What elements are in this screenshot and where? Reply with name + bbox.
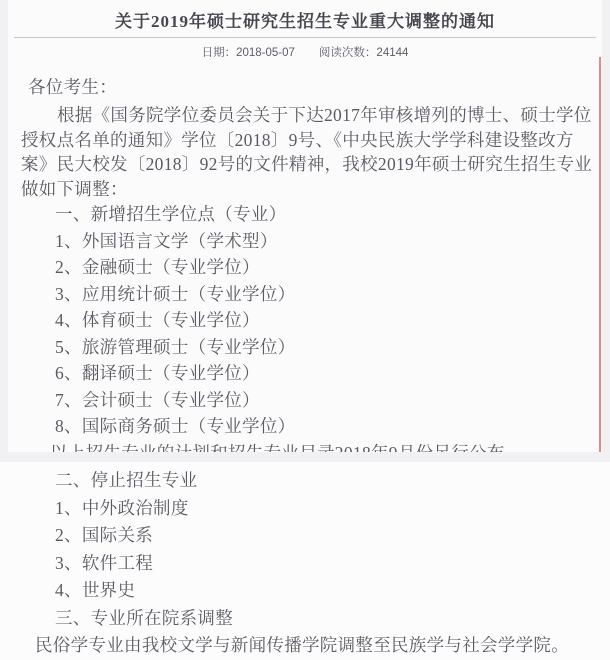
section1-note: 以上招生专业的计划和招生专业目录2018年9月份另行公布。	[50, 440, 602, 453]
section2-item: 2、国际关系	[55, 522, 610, 550]
section1-item: 8、国际商务硕士（专业学位）	[55, 413, 602, 440]
page-title: 关于2019年硕士研究生招生专业重大调整的通知	[8, 0, 602, 32]
section1-item: 7、会计硕士（专业学位）	[55, 387, 602, 414]
intro-paragraph: 根据《国务院学位委员会关于下达2017年审核增列的博士、硕士学位 授权点名单的通…	[8, 103, 602, 201]
section2-item: 1、中外政治制度	[55, 495, 610, 523]
date-label: 日期：	[202, 47, 237, 59]
date-value: 2018-05-07	[236, 47, 295, 59]
section3-heading: 三、专业所在院系调整	[55, 605, 610, 633]
section1-item: 6、翻译硕士（专业学位）	[55, 360, 602, 387]
section1-heading: 一、新增招生学位点（专业）	[55, 201, 602, 228]
notice-sheet-main: 关于2019年硕士研究生招生专业重大调整的通知 日期：2018-05-07阅读次…	[8, 0, 602, 452]
section2-heading: 二、停止招生专业	[55, 467, 610, 495]
views-value: 24144	[376, 47, 408, 59]
intro-line: 案》民大校发〔2018〕92号的文件精神，我校2019年硕士研究生招生专业	[21, 152, 602, 177]
intro-line: 根据《国务院学位委员会关于下达2017年审核增列的博士、硕士学位	[57, 103, 602, 128]
section1-item: 1、外国语言文学（学术型）	[55, 228, 602, 255]
section2-item: 3、软件工程	[55, 550, 610, 578]
notice-sheet-continued: 二、停止招生专业 1、中外政治制度 2、国际关系 3、软件工程 4、世界史 三、…	[0, 462, 610, 660]
title-divider	[14, 37, 596, 38]
section1-item: 3、应用统计硕士（专业学位）	[55, 281, 602, 308]
notice-body-bottom: 二、停止招生专业 1、中外政治制度 2、国际关系 3、软件工程 4、世界史 三、…	[0, 462, 610, 660]
section1-item: 2、金融硕士（专业学位）	[55, 254, 602, 281]
views-label: 阅读次数：	[319, 47, 377, 59]
salutation: 各位考生：	[28, 75, 602, 99]
intro-line: 做如下调整：	[21, 177, 602, 202]
notice-body-top: 各位考生： 根据《国务院学位委员会关于下达2017年审核增列的博士、硕士学位 授…	[8, 75, 602, 452]
red-marker-line	[599, 57, 601, 452]
notice-page: 关于2019年硕士研究生招生专业重大调整的通知 日期：2018-05-07阅读次…	[0, 0, 610, 660]
section2-item: 4、世界史	[55, 577, 610, 605]
section1-item: 5、旅游管理硕士（专业学位）	[55, 334, 602, 361]
meta-bar: 日期：2018-05-07阅读次数：24144	[8, 44, 602, 60]
intro-line: 授权点名单的通知》学位〔2018〕9号、《中央民族大学学科建设整改方	[21, 128, 602, 153]
section3-body: 民俗学专业由我校文学与新闻传播学院调整至民族学与社会学学院。	[35, 632, 610, 660]
section1-item: 4、体育硕士（专业学位）	[55, 307, 602, 334]
